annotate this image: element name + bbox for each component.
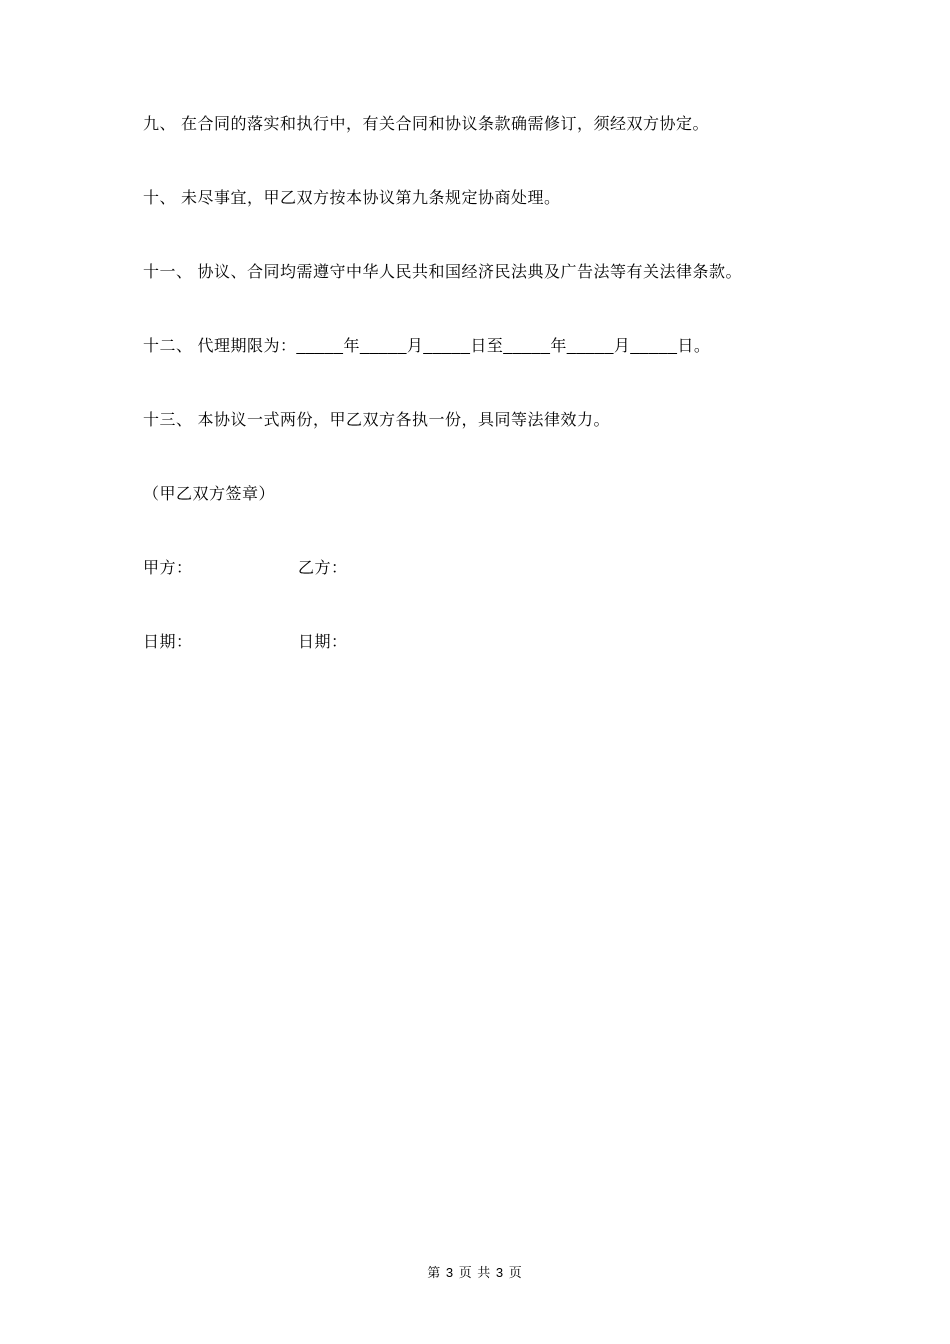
contract-clause-twelve-agency-term: 十二、 代理期限为：_____年_____月_____日至_____年_____… — [143, 335, 850, 359]
signature-seal-note: （甲乙双方签章） — [143, 483, 850, 507]
date-signature-row: 日期： 日期： — [143, 631, 850, 655]
document-content: 九、 在合同的落实和执行中，有关合同和协议条款确需修订，须经双方协定。 十、 未… — [0, 0, 950, 655]
document-page: 九、 在合同的落实和执行中，有关合同和协议条款确需修订，须经双方协定。 十、 未… — [0, 0, 950, 1344]
contract-clause-ten: 十、 未尽事宜，甲乙双方按本协议第九条规定协商处理。 — [143, 187, 850, 211]
date-a-label: 日期： — [143, 631, 293, 655]
party-b-label: 乙方： — [298, 557, 348, 581]
party-a-label: 甲方： — [143, 557, 293, 581]
contract-clause-nine: 九、 在合同的落实和执行中，有关合同和协议条款确需修订，须经双方协定。 — [143, 113, 850, 137]
date-b-label: 日期： — [298, 631, 348, 655]
page-number-indicator: 第 3 页 共 3 页 — [0, 1264, 950, 1282]
contract-clause-thirteen: 十三、 本协议一式两份，甲乙双方各执一份，具同等法律效力。 — [143, 409, 850, 433]
party-signature-row: 甲方： 乙方： — [143, 557, 850, 581]
contract-clause-eleven: 十一、 协议、合同均需遵守中华人民共和国经济民法典及广告法等有关法律条款。 — [143, 261, 850, 285]
